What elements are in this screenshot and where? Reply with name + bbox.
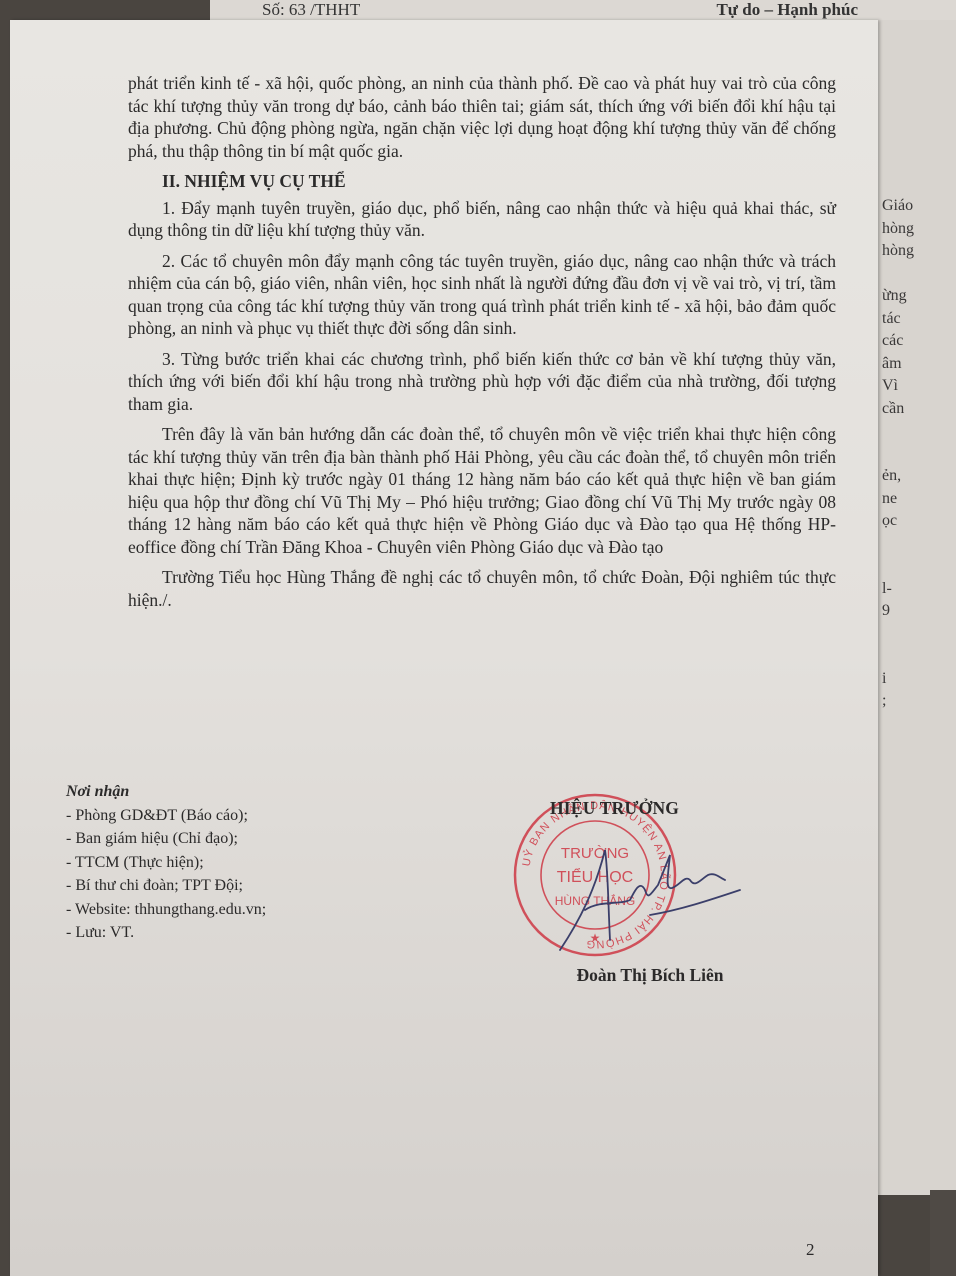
recipient-item: - Bí thư chi đoàn; TPT Đội; bbox=[66, 874, 266, 898]
intro-paragraph: phát triển kinh tế - xã hội, quốc phòng,… bbox=[128, 72, 836, 162]
recipient-item: - Website: thhungthang.edu.vn; bbox=[66, 898, 266, 922]
request-paragraph: Trường Tiểu học Hùng Thắng đề nghị các t… bbox=[128, 566, 836, 611]
text-fragment: âm bbox=[882, 353, 956, 376]
task-item: 1. Đẩy mạnh tuyên truyền, giáo dục, phổ … bbox=[128, 197, 836, 242]
text-fragment: ừng bbox=[882, 285, 956, 308]
text-fragment: ẻn, bbox=[882, 465, 956, 488]
text-fragment: tác bbox=[882, 308, 956, 331]
task-item: 2. Các tổ chuyên môn đẩy mạnh công tác t… bbox=[128, 250, 836, 340]
text-fragment bbox=[882, 645, 956, 668]
signer-title: HIỆU TRƯỞNG bbox=[550, 798, 679, 819]
text-fragment: Giáo bbox=[882, 195, 956, 218]
text-fragment: các bbox=[882, 330, 956, 353]
document-number: Số: 63 /THHT bbox=[262, 0, 360, 20]
text-fragment: l- bbox=[882, 578, 956, 601]
text-fragment: hòng bbox=[882, 240, 956, 263]
table-surface bbox=[930, 1190, 956, 1276]
text-fragment: Vì bbox=[882, 375, 956, 398]
closing-paragraph: Trên đây là văn bản hướng dẫn các đoàn t… bbox=[128, 423, 836, 558]
handwritten-signature-icon bbox=[550, 830, 750, 960]
text-fragment bbox=[882, 420, 956, 443]
recipient-item: - Lưu: VT. bbox=[66, 921, 266, 945]
document-page: phát triển kinh tế - xã hội, quốc phòng,… bbox=[10, 20, 878, 1276]
signature-block: UỶ BAN NHÂN DÂN HUYỆN AN LÃO TP. HẢI PHÒ… bbox=[510, 790, 790, 1010]
page-number: 2 bbox=[806, 1240, 815, 1260]
recipient-item: - Ban giám hiệu (Chỉ đạo); bbox=[66, 827, 266, 851]
text-fragment: cần bbox=[882, 398, 956, 421]
text-fragment: ; bbox=[882, 690, 956, 713]
recipients-title: Nơi nhận bbox=[66, 780, 266, 804]
task-item: 3. Từng bước triển khai các chương trình… bbox=[128, 348, 836, 416]
signer-name: Đoàn Thị Bích Liên bbox=[510, 965, 790, 986]
section-heading: II. NHIỆM VỤ CỤ THỂ bbox=[128, 170, 836, 193]
text-fragment: ọc bbox=[882, 510, 956, 533]
document-body: phát triển kinh tế - xã hội, quốc phòng,… bbox=[128, 72, 836, 619]
text-fragment bbox=[882, 533, 956, 556]
text-fragment: hòng bbox=[882, 218, 956, 241]
text-fragment bbox=[882, 443, 956, 466]
recipient-item: - Phòng GD&ĐT (Báo cáo); bbox=[66, 804, 266, 828]
text-fragment bbox=[882, 263, 956, 286]
text-fragment: ne bbox=[882, 488, 956, 511]
text-fragment: i bbox=[882, 668, 956, 691]
background-page-text-fragments: GiáohònghòngừngtáccácâmVìcầnẻn,neọcl-9i; bbox=[882, 195, 956, 713]
recipient-item: - TTCM (Thực hiện); bbox=[66, 851, 266, 875]
recipients-list: Nơi nhận - Phòng GD&ĐT (Báo cáo); - Ban … bbox=[66, 780, 266, 945]
text-fragment bbox=[882, 623, 956, 646]
text-fragment bbox=[882, 555, 956, 578]
text-fragment: 9 bbox=[882, 600, 956, 623]
